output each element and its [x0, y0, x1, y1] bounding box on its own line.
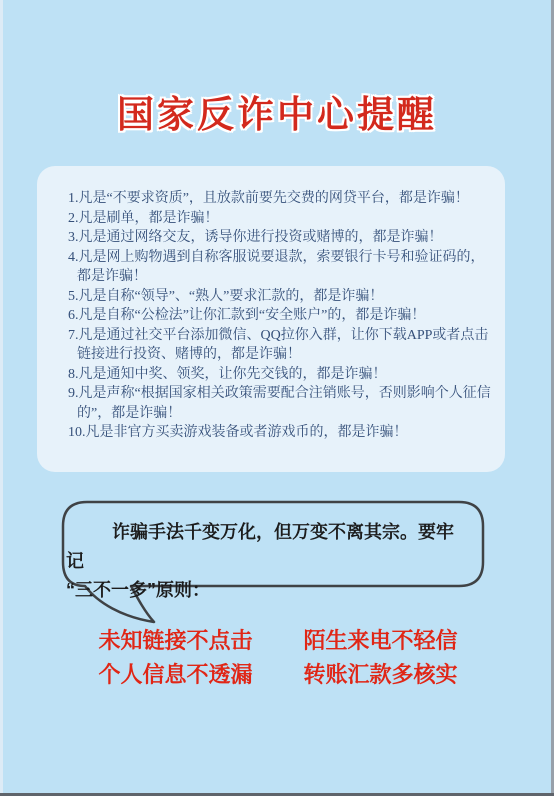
anti-fraud-poster: 国家反诈中心提醒 1.凡是“不要求资质”，且放款前要先交费的网贷平台，都是诈骗！… — [0, 0, 554, 796]
principle-item: 个人信息不透漏 — [88, 663, 263, 687]
principle-item: 陌生来电不轻信 — [293, 629, 468, 653]
notice-line: 10.凡是非官方买卖游戏装备或者游戏币的，都是诈骗！ — [68, 423, 491, 443]
bubble-line: “三不一多”原则： — [66, 576, 470, 605]
bubble-line: 诈骗手法千变万化，但万变不离其宗。要牢记 — [66, 518, 470, 576]
principles-grid: 未知链接不点击 陌生来电不轻信 个人信息不透漏 转账汇款多核实 — [88, 629, 468, 687]
notice-line: 的”，都是诈骗！ — [68, 404, 491, 424]
principle-item: 转账汇款多核实 — [293, 663, 468, 687]
notice-line: 3.凡是通过网络交友，诱导你进行投资或赌博的，都是诈骗！ — [68, 228, 491, 248]
notice-line: 2.凡是刷单，都是诈骗！ — [68, 209, 491, 229]
notice-line: 6.凡是自称“公检法”让你汇款到“安全账户”的，都是诈骗！ — [68, 306, 491, 326]
page-title: 国家反诈中心提醒 — [0, 84, 554, 138]
page-left-edge — [0, 0, 3, 796]
notice-line: 都是诈骗！ — [68, 267, 491, 287]
notice-line: 5.凡是自称“领导”、“熟人”要求汇款的，都是诈骗！ — [68, 287, 491, 307]
notice-line: 4.凡是网上购物遇到自称客服说要退款，索要银行卡号和验证码的， — [68, 248, 491, 268]
notice-line: 1.凡是“不要求资质”，且放款前要先交费的网贷平台，都是诈骗！ — [68, 189, 491, 209]
principle-item: 未知链接不点击 — [88, 629, 263, 653]
fraud-notice-panel: 1.凡是“不要求资质”，且放款前要先交费的网贷平台，都是诈骗！ 2.凡是刷单，都… — [37, 166, 505, 472]
speech-bubble-text: 诈骗手法千变万化，但万变不离其宗。要牢记 “三不一多”原则： — [66, 518, 470, 605]
notice-line: 链接进行投资、赌博的，都是诈骗！ — [68, 345, 491, 365]
notice-line: 8.凡是通知中奖、领奖，让你先交钱的，都是诈骗！ — [68, 365, 491, 385]
notice-line: 7.凡是通过社交平台添加微信、QQ拉你入群，让你下载APP或者点击 — [68, 326, 491, 346]
notice-line: 9.凡是声称“根据国家相关政策需要配合注销账号，否则影响个人征信 — [68, 384, 491, 404]
